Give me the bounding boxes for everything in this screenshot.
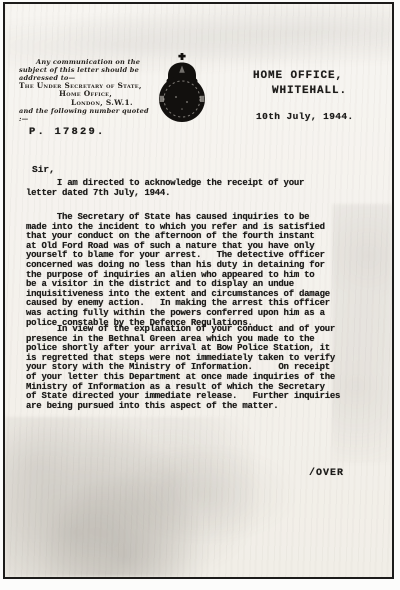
addressee-city: London, S.W.1. [19, 99, 149, 107]
over-continuation-label: /OVER [309, 468, 344, 479]
reference-number: P. 17829. [29, 126, 106, 138]
body-paragraph: I am directed to acknowledge the receipt… [26, 179, 392, 198]
scanned-letter: Any communication on the subject of this… [0, 0, 400, 590]
scan-smudge-middle [95, 434, 315, 554]
office-name: HOME OFFICE, [253, 70, 347, 82]
body-paragraph: The Secretary of State has caused inquir… [26, 213, 392, 328]
number-note-line: and the following number quoted :— [19, 107, 149, 123]
royal-crest-seal-icon [156, 53, 208, 123]
letterhead-office-block: HOME OFFICE, WHITEHALL. [253, 70, 347, 97]
letter-date: 10th July, 1944. [256, 111, 354, 122]
address-note-line: subject of this letter should be [19, 66, 149, 74]
scan-smudge-bottom-left [5, 417, 255, 577]
office-location: WHITEHALL. [253, 85, 347, 97]
letterhead-address-block: Any communication on the subject of this… [19, 58, 149, 123]
address-note-line: Any communication on the [19, 58, 149, 66]
body-paragraph: In view of the explanation of your condu… [26, 325, 392, 411]
salutation: Sir, [32, 164, 55, 175]
page-border: Any communication on the subject of this… [3, 2, 394, 579]
